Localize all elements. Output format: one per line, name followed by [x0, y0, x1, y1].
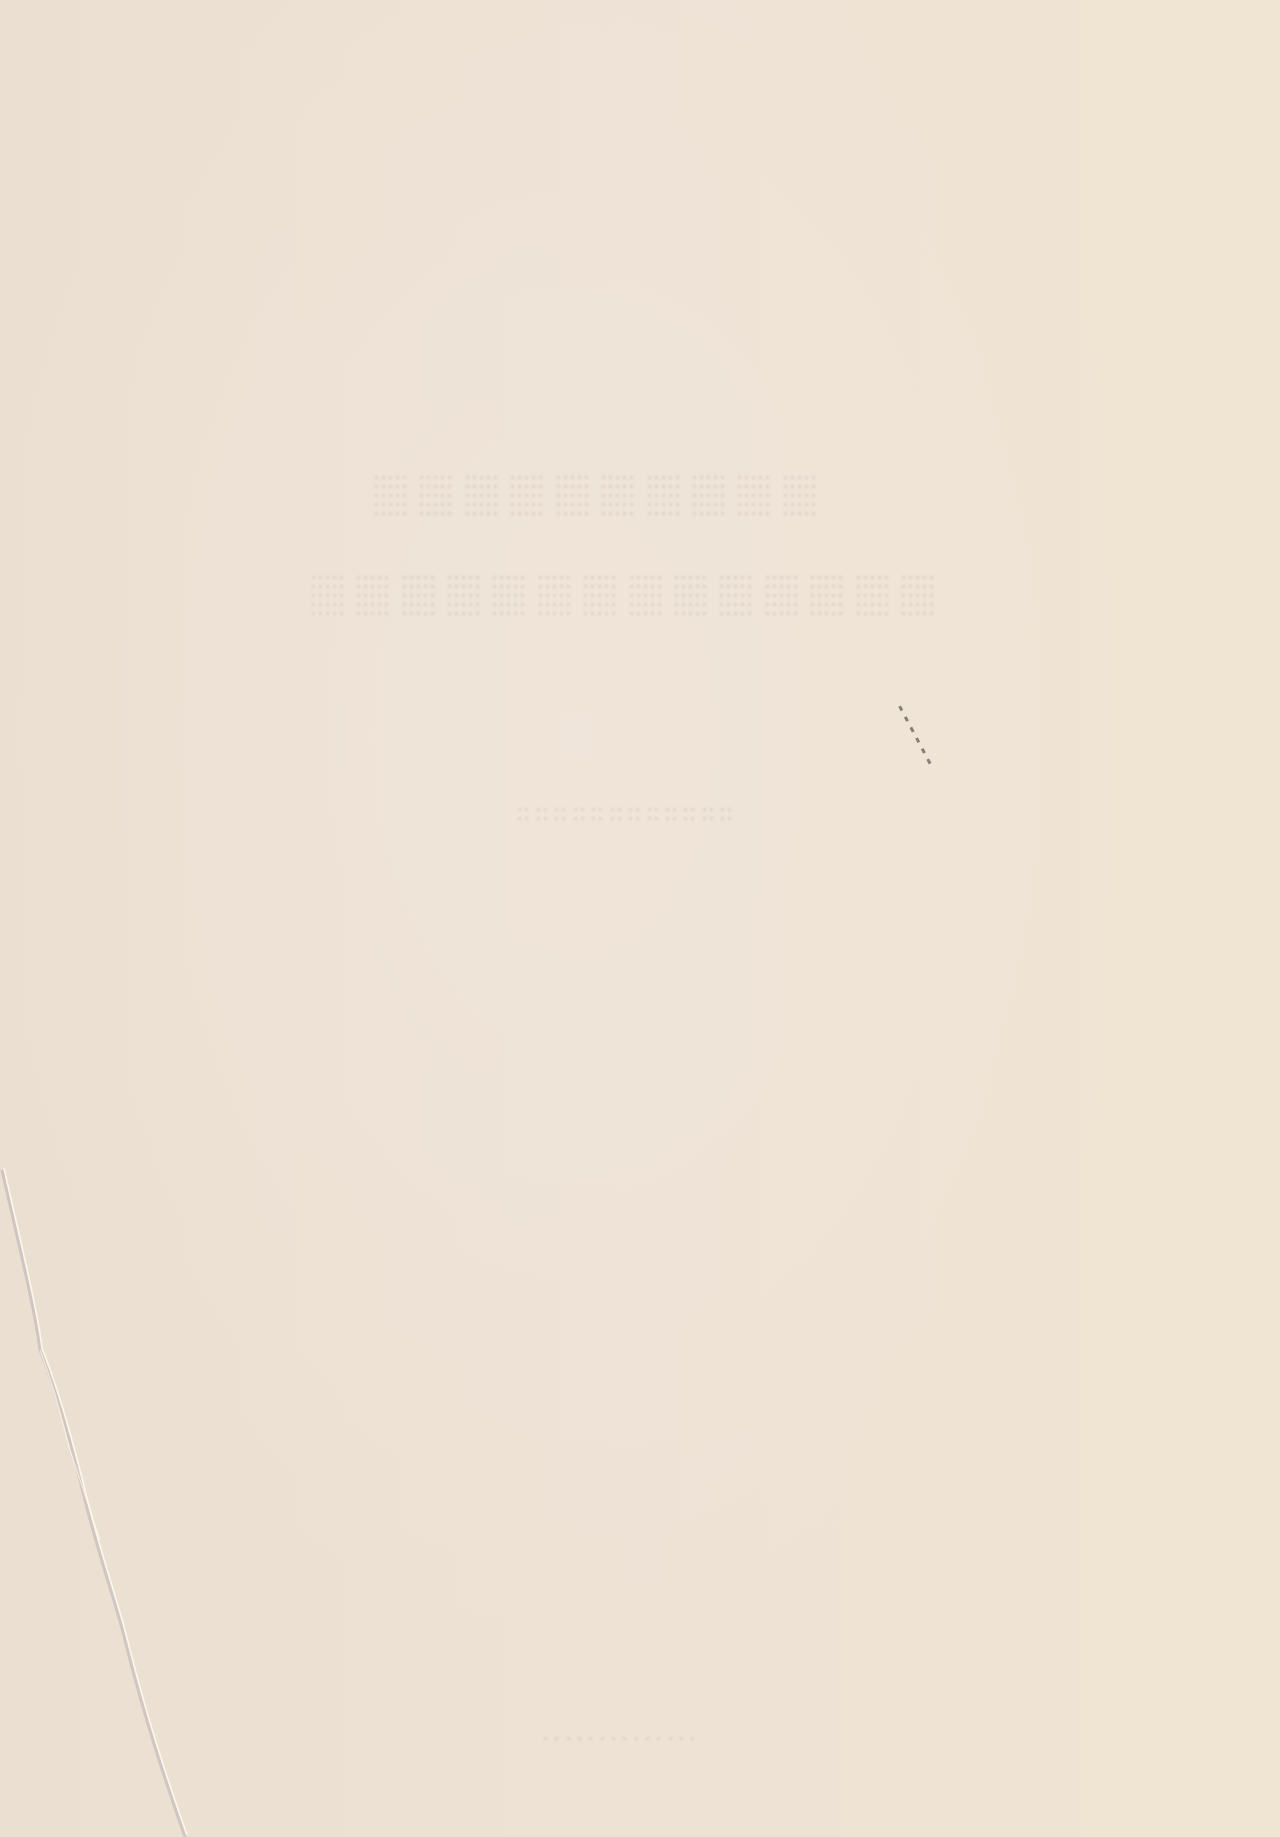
- ghost-imprint-line: [465, 1732, 775, 1750]
- scanned-page: [0, 0, 1280, 1837]
- paper-crease: [0, 1160, 200, 1837]
- ghost-title-line-2: [245, 560, 1000, 634]
- ghost-title-line-1: [330, 460, 860, 534]
- ink-speck-mark: [898, 706, 934, 771]
- ghost-author-line: [395, 800, 855, 830]
